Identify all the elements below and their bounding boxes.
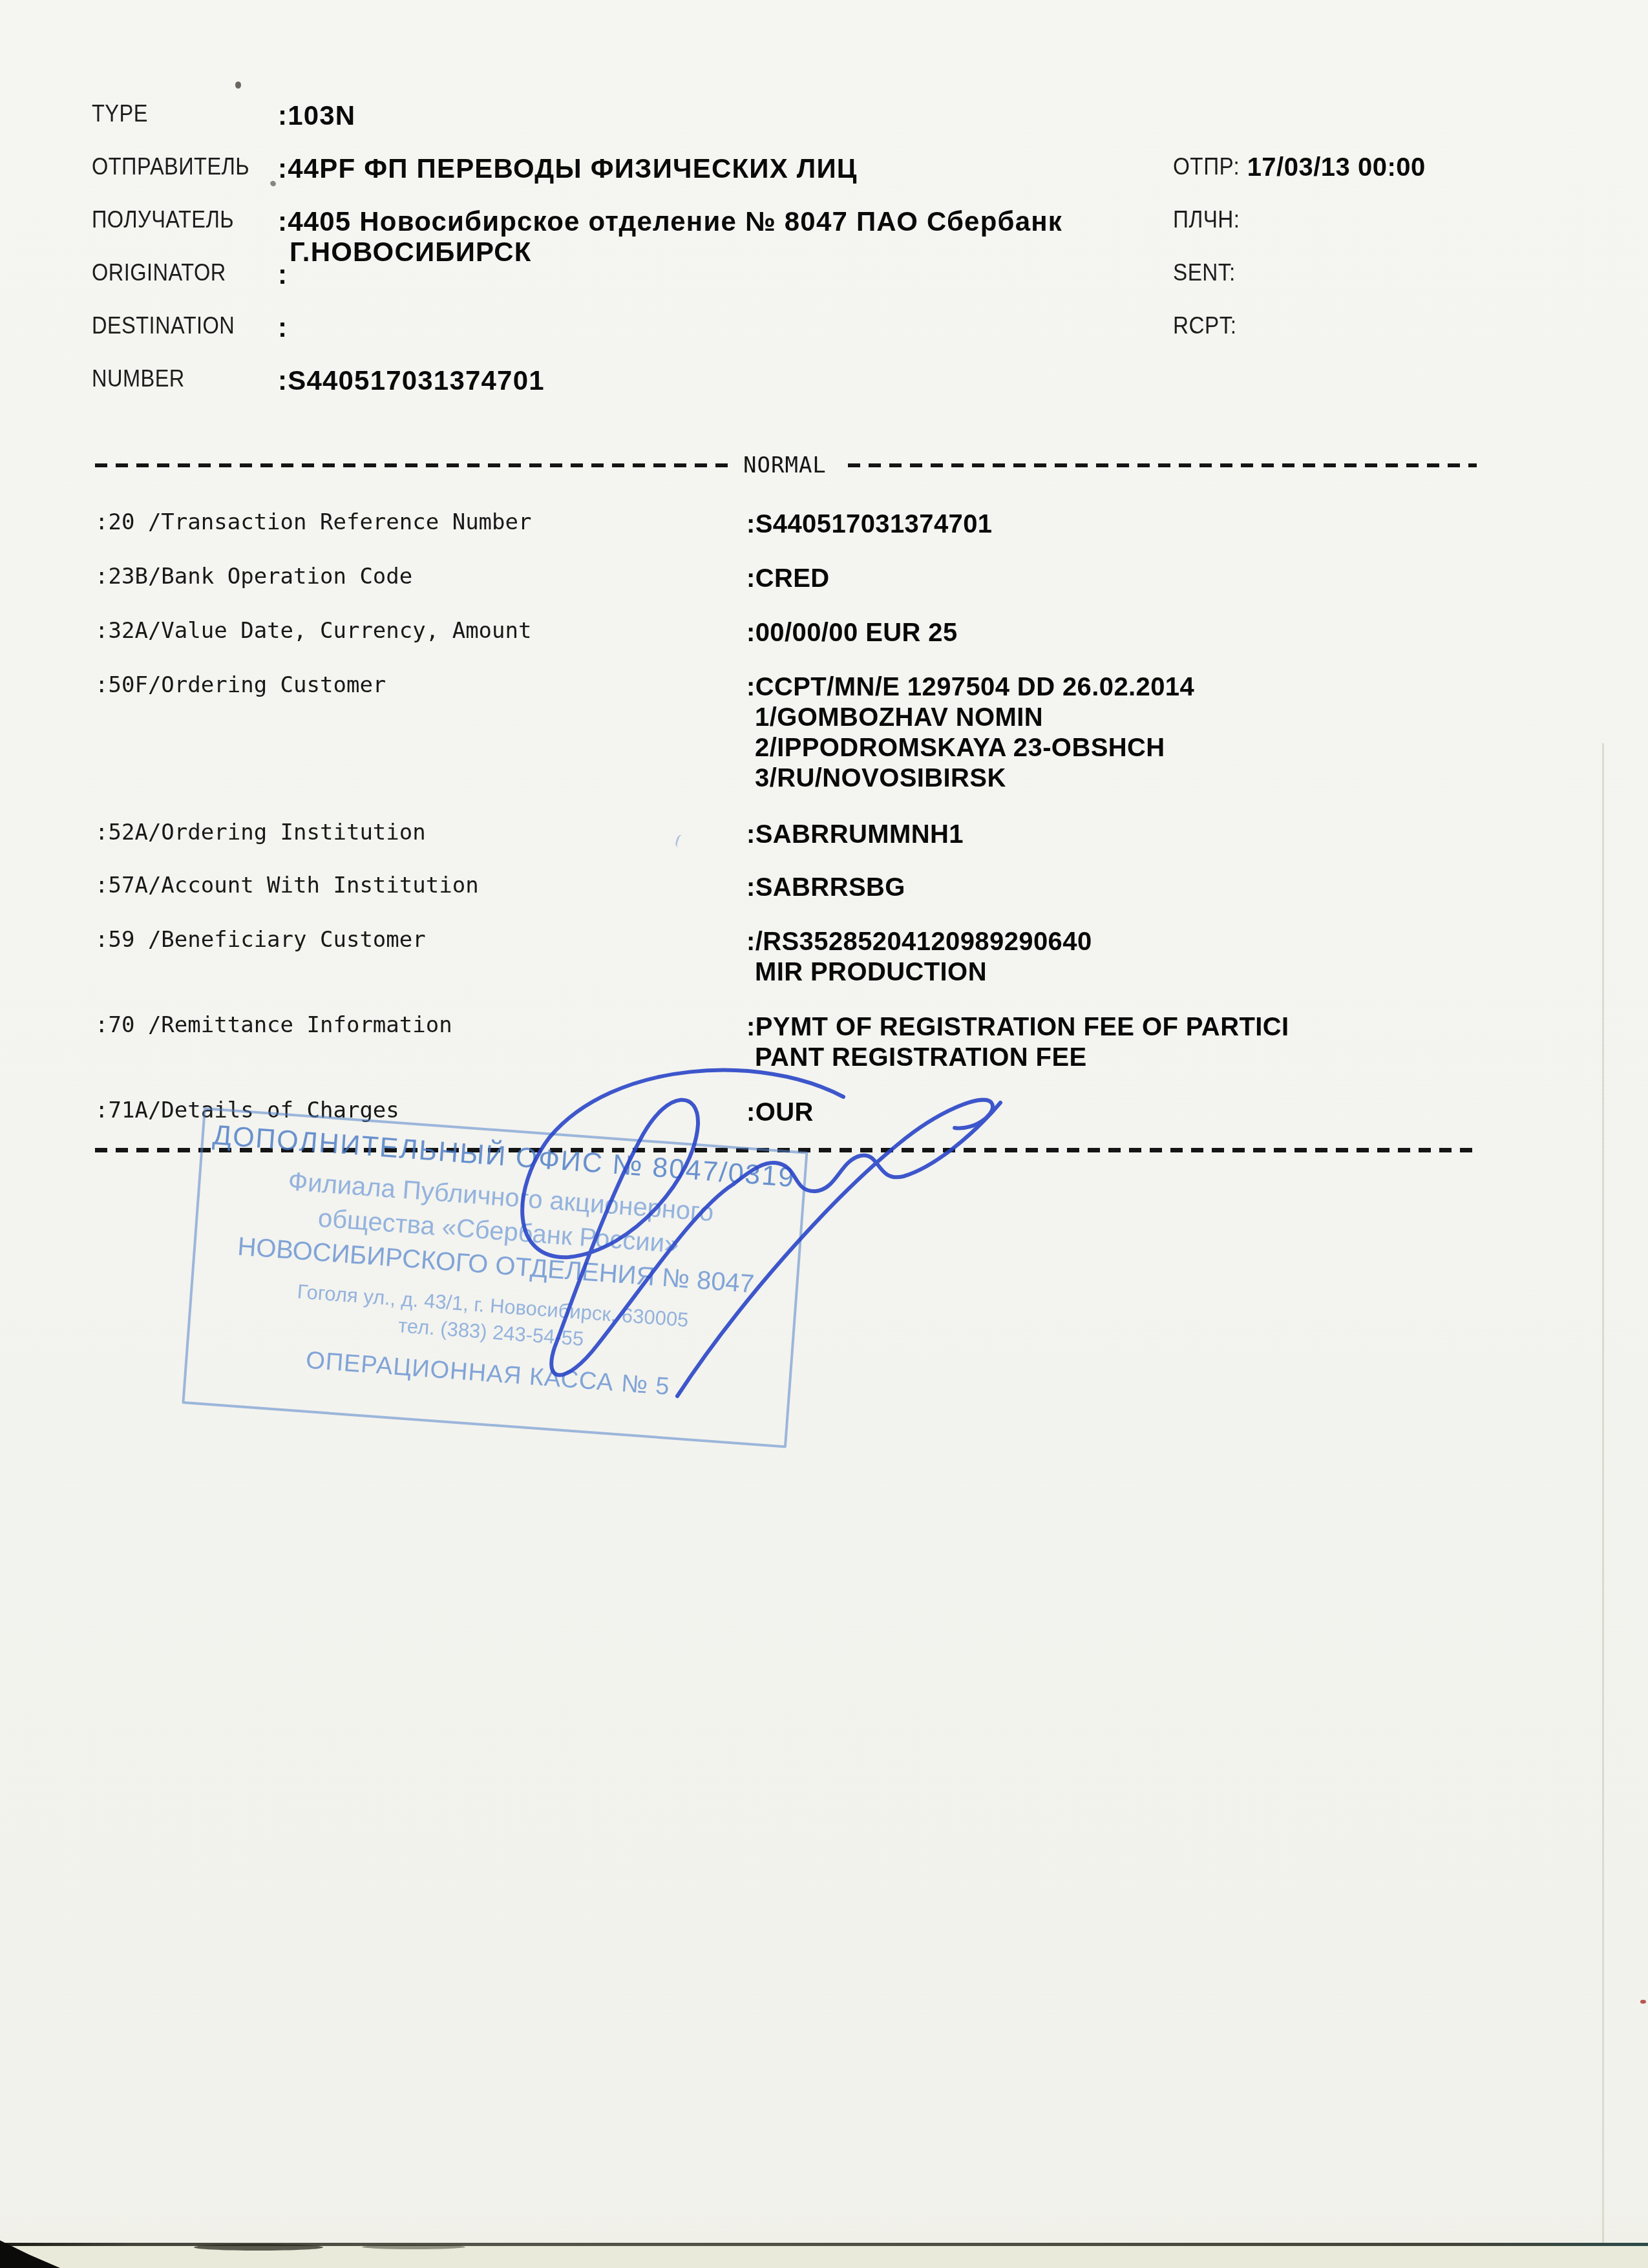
header-row-value: :103N (278, 100, 355, 131)
swift-field-tag: :20 /Transaction Reference Number (95, 509, 746, 535)
header-right-label: ПЛЧН: (1173, 206, 1240, 233)
swift-field-row: :52A/Ordering Institution :SABRRUMMNH1 (95, 820, 964, 850)
separator-dashes-left (95, 463, 735, 467)
separator-normal-label: NORMAL (743, 452, 827, 478)
header-row-label: NUMBER (92, 365, 255, 392)
header-row-value: :4405 Новосибирское отделение № 8047 ПАО… (278, 206, 1062, 267)
swift-field-value-line: :CCPT/MN/E 1297504 DD 26.02.2014 (746, 672, 1194, 703)
swift-field-tag: :23B/Bank Operation Code (95, 564, 746, 589)
handwritten-signature (362, 1028, 1073, 1467)
swift-field-row: :59 /Beneficiary Customer :/RS3528520412… (95, 927, 1092, 988)
signature-stroke-cursive (734, 1103, 1000, 1191)
header-row-value: : (278, 312, 288, 343)
header-row: ОТПРАВИТЕЛЬ :44PF ФП ПЕРЕВОДЫ ФИЗИЧЕСКИХ… (92, 153, 858, 184)
header-row-label: ОТПРАВИТЕЛЬ (92, 153, 255, 180)
swift-field-value-line: :SABRRUMMNH1 (746, 820, 964, 850)
scan-edge-smudge (194, 2244, 323, 2251)
swift-field-tag: :52A/Ordering Institution (95, 820, 746, 845)
header-right-label: SENT: (1173, 259, 1236, 286)
scan-edge-smudge (362, 2245, 465, 2249)
swift-field-values: :00/00/00 EUR 25 (746, 618, 958, 648)
header-row: ПОЛУЧАТЕЛЬ :4405 Новосибирское отделение… (92, 206, 1062, 267)
swift-field-row: :50F/Ordering Customer :CCPT/MN/E 129750… (95, 672, 1194, 794)
paper-fold-shadow (1602, 743, 1604, 2243)
swift-field-values: :CCPT/MN/E 1297504 DD 26.02.20141/GOMBOZ… (746, 672, 1194, 794)
header-row-value-line2: Г.НОВОСИБИРСК (278, 237, 1062, 267)
swift-field-row: :32A/Value Date, Currency, Amount :00/00… (95, 618, 958, 648)
header-right-label: ОТПР: (1173, 153, 1240, 180)
header-row-label: TYPE (92, 100, 255, 127)
header-right-row: RCPT: (1173, 312, 1243, 339)
swift-field-row: :23B/Bank Operation Code :CRED (95, 564, 830, 594)
swift-field-tag: :57A/Account With Institution (95, 873, 746, 898)
separator-dashes-right (848, 463, 1477, 467)
swift-field-value-line: MIR PRODUCTION (746, 957, 1092, 988)
header-row-value: : (278, 259, 288, 290)
swift-field-value-line: :/RS35285204120989290640 (746, 927, 1092, 957)
header-row: TYPE :103N (92, 100, 355, 131)
header-row-value: :S440517031374701 (278, 365, 545, 396)
header-right-label: RCPT: (1173, 312, 1236, 339)
header-row: DESTINATION : (92, 312, 288, 343)
paper-speck (235, 81, 241, 89)
swift-field-value-line: :00/00/00 EUR 25 (746, 618, 958, 648)
swift-field-values: :SABRRSBG (746, 873, 905, 903)
header-right-value: 17/03/13 00:00 (1247, 153, 1426, 182)
swift-field-row: :57A/Account With Institution :SABRRSBG (95, 873, 905, 903)
swift-field-values: :/RS35285204120989290640MIR PRODUCTION (746, 927, 1092, 988)
header-row-label: DESTINATION (92, 312, 255, 339)
swift-field-value-line: :SABRRSBG (746, 873, 905, 903)
swift-field-value-line: 2/IPPODROMSKAYA 23-OBSHCH (746, 733, 1194, 763)
header-row-label: ПОЛУЧАТЕЛЬ (92, 206, 255, 233)
header-right-row: ОТПР: 17/03/13 00:00 (1173, 153, 1426, 182)
swift-field-tag: :59 /Beneficiary Customer (95, 927, 746, 953)
swift-field-values: :CRED (746, 564, 830, 594)
swift-field-value-line: 1/GOMBOZHAV NOMIN (746, 703, 1194, 733)
header-row-value: :44PF ФП ПЕРЕВОДЫ ФИЗИЧЕСКИХ ЛИЦ (278, 153, 858, 184)
swift-field-values: :S440517031374701 (746, 509, 993, 540)
paper-speck (1640, 2000, 1646, 2004)
swift-field-value-line: :S440517031374701 (746, 509, 993, 540)
swift-field-row: :20 /Transaction Reference Number :S4405… (95, 509, 993, 540)
header-row-label: ORIGINATOR (92, 259, 255, 286)
header-right-row: SENT: (1173, 259, 1242, 286)
header-row: ORIGINATOR : (92, 259, 288, 290)
swift-field-value-line: 3/RU/NOVOSIBIRSK (746, 763, 1194, 794)
header-right-row: ПЛЧН: (1173, 206, 1247, 233)
swift-field-value-line: :CRED (746, 564, 830, 594)
header-row: NUMBER :S440517031374701 (92, 365, 545, 396)
swift-field-values: :SABRRUMMNH1 (746, 820, 964, 850)
signature-stroke-loop (522, 1070, 843, 1375)
scanned-swift-document: TYPE :103N ОТПРАВИТЕЛЬ :44PF ФП ПЕРЕВОДЫ… (0, 0, 1648, 2268)
swift-field-tag: :32A/Value Date, Currency, Amount (95, 618, 746, 644)
signature-stroke-flourish (677, 1100, 993, 1396)
swift-field-tag: :50F/Ordering Customer (95, 672, 746, 698)
